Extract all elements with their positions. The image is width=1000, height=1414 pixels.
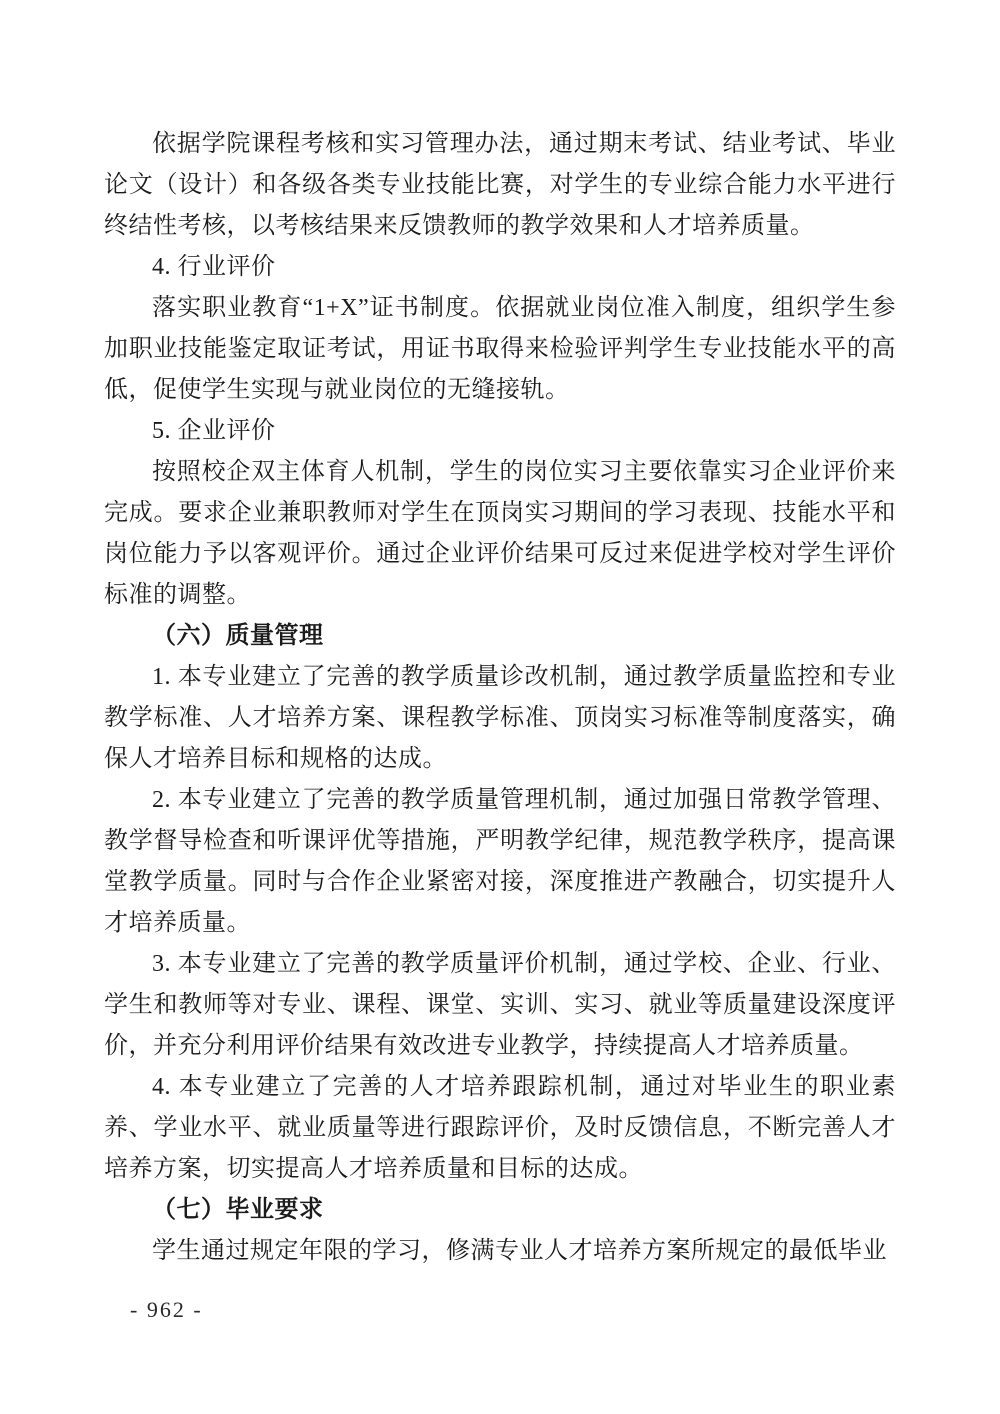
page-number: - 962 - <box>130 1295 203 1325</box>
paragraph-1x-certificate: 落实职业教育“1+X”证书制度。依据就业岗位准入制度，组织学生参加职业技能鉴定取… <box>104 288 896 411</box>
section-heading-quality-management: （六）质量管理 <box>104 616 896 657</box>
heading-industry-evaluation: 4. 行业评价 <box>104 247 896 288</box>
document-body: 依据学院课程考核和实习管理办法，通过期末考试、结业考试、毕业论文（设计）和各级各… <box>104 124 896 1272</box>
section-heading-graduation-requirements: （七）毕业要求 <box>104 1190 896 1231</box>
paragraph-quality-item-4: 4. 本专业建立了完善的人才培养跟踪机制，通过对毕业生的职业素养、学业水平、就业… <box>104 1067 896 1190</box>
paragraph-quality-item-3: 3. 本专业建立了完善的教学质量评价机制，通过学校、企业、行业、学生和教师等对专… <box>104 944 896 1067</box>
paragraph-quality-item-2: 2. 本专业建立了完善的教学质量管理机制，通过加强日常教学管理、教学督导检查和听… <box>104 780 896 944</box>
paragraph-enterprise-evaluation-detail: 按照校企双主体育人机制，学生的岗位实习主要依靠实习企业评价来完成。要求企业兼职教… <box>104 452 896 616</box>
paragraph-quality-item-1: 1. 本专业建立了完善的教学质量诊改机制，通过教学质量监控和专业教学标准、人才培… <box>104 657 896 780</box>
paragraph-course-assessment: 依据学院课程考核和实习管理办法，通过期末考试、结业考试、毕业论文（设计）和各级各… <box>104 124 896 247</box>
paragraph-graduation-intro: 学生通过规定年限的学习，修满专业人才培养方案所规定的最低毕业 <box>104 1231 896 1272</box>
document-page: 依据学院课程考核和实习管理办法，通过期末考试、结业考试、毕业论文（设计）和各级各… <box>0 0 1000 1414</box>
heading-enterprise-evaluation: 5. 企业评价 <box>104 411 896 452</box>
